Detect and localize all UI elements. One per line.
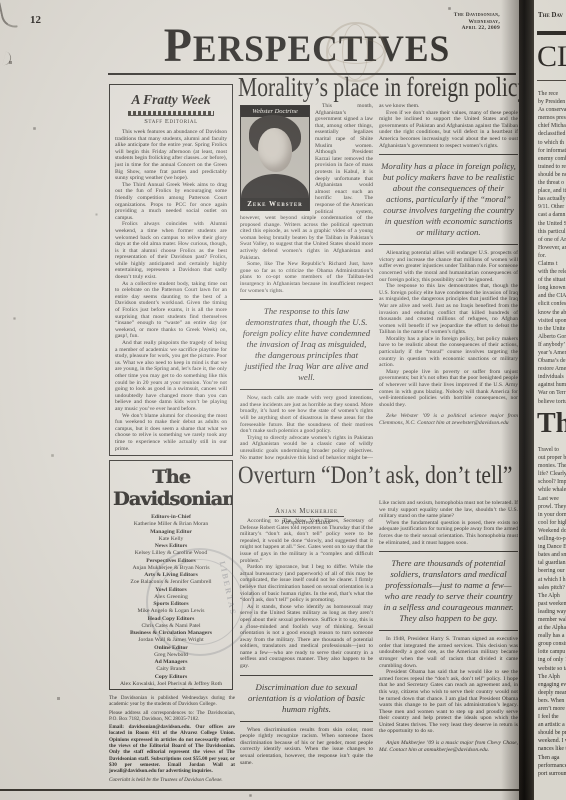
adjacent-text-line: restore Ame: [538, 365, 566, 373]
adjacent-text-line: school? Imp: [538, 478, 566, 486]
editorial-kicker: Staff Editorial: [115, 118, 227, 125]
adjacent-text-line: Obama’s de: [538, 357, 566, 365]
adjacent-text-line: an artistic a: [538, 721, 566, 729]
adjacent-text-line: memos pres: [538, 114, 566, 122]
adjacent-text-line: I feel the: [538, 713, 566, 721]
editors-list-line: Caity Brandt: [114, 666, 228, 673]
adjacent-text-line: If anybody’: [538, 341, 566, 349]
adjacent-column-fragment-1: The receby PresidenAs conservamemos pres…: [538, 90, 566, 404]
adjacent-column-fragment-2: Travel toout proper bmonies. Thelife? Cl…: [538, 446, 566, 786]
adjacent-text-line: long known: [538, 284, 566, 292]
article-paragraph: Some, like The New Republic’s Richard Ju…: [240, 261, 373, 294]
overturn-column-1: According to The New York Times, Secreta…: [240, 518, 373, 776]
article-paragraph: According to The New York Times, Secreta…: [240, 518, 373, 564]
adjacent-text-line: trained to re: [538, 163, 566, 171]
overturn-pull-quote-left: Discrimination due to sexual orientation…: [240, 675, 373, 722]
editors-list-line: Managing Editor: [114, 529, 228, 536]
adjacent-text-line: really has a: [538, 632, 566, 640]
article-paragraph: Many people live in poverty or suffer fr…: [379, 369, 518, 409]
editors-list-line: Photography Staff: [114, 688, 228, 690]
adjacent-text-line: bers. When: [538, 697, 566, 705]
adjacent-text-line: engaging eve: [538, 681, 566, 689]
adjacent-text-line: The Alph: [538, 592, 566, 600]
adjacent-text-line: group consis: [538, 640, 566, 648]
editorial-paragraph: As a collective student body, taking tim…: [115, 281, 227, 340]
article-paragraph: Alienating potential allies will endange…: [379, 250, 518, 283]
adjacent-text-line: chief Micha: [538, 122, 566, 130]
editors-list-line: Perspectives Editors: [114, 558, 228, 565]
adjacent-text-line: Alberto Gon: [538, 333, 566, 341]
adjacent-text-line: for informat: [538, 147, 566, 155]
adjacent-text-line: and the CIA: [538, 292, 566, 300]
adjacent-text-line: aren’t more i: [538, 705, 566, 713]
fine-print-line: The Davidsonian is published Wednesdays …: [109, 695, 235, 708]
editors-list-line: Copy Editors: [114, 674, 228, 681]
morality-pull-quote-left: The response to this law demonstrates th…: [240, 299, 373, 390]
staff-editorial-box: A Fratty Week Staff Editorial This week …: [109, 84, 233, 456]
adjacent-text-line: place, and it: [538, 187, 566, 195]
editorial-paragraph: And that really pinpoints the tragedy of…: [115, 340, 227, 413]
editors-list-line: Mike Angelo & Logan Lewis: [114, 608, 228, 615]
editors-list-line: Sports Editors: [114, 601, 228, 608]
scribble-mark: [128, 111, 214, 116]
morality-col1-text-after: Now, such calls are made with very good …: [240, 395, 373, 460]
adjacent-text-line: out proper b: [538, 454, 566, 462]
page-gutter: [519, 0, 534, 800]
newspaper-page-scan: 12 The Davidsonian, Wednesday, April 22,…: [0, 0, 566, 800]
scan-specks: [0, 0, 1, 1]
morality-col2-text-after: Alienating potential allies will endange…: [379, 250, 518, 408]
adjacent-text-line: of one of Am: [538, 236, 566, 244]
editors-list-line: Alex Greening: [114, 594, 228, 601]
bottom-page-rule: [0, 789, 566, 791]
pen-mark: [2, 51, 12, 66]
fine-print-line: Email: davidsonian@davidson.edu. Our off…: [109, 724, 235, 774]
editors-list-line: Editors-in-Chief: [114, 514, 228, 521]
editorial-paragraph: The Third Annual Greek Week aims to drag…: [115, 182, 227, 222]
adjacent-text-line: As conserva: [538, 106, 566, 114]
adjacent-text-line: to which th: [538, 139, 566, 147]
editors-list-line: Jordan Wall & James Wright: [114, 637, 228, 644]
article-paragraph: When the fundamental question is posed, …: [379, 520, 518, 546]
adjacent-text-line: deeply mean: [538, 689, 566, 697]
article-paragraph: In 1948, President Harry S. Truman signe…: [379, 636, 518, 669]
adjacent-headline-fragment-1: CLA: [537, 40, 566, 74]
article-paragraph: Even if we don’t share their values, man…: [379, 110, 518, 150]
adjacent-text-line: of the situat: [538, 276, 566, 284]
adjacent-text-line: this particul: [538, 228, 566, 236]
article-paragraph: As it stands, those who identify as homo…: [240, 604, 373, 670]
adjacent-text-line: 9/11. Other: [538, 203, 566, 211]
adjacent-text-line: cool for high: [538, 519, 566, 527]
article-paragraph: Now, such calls are made with very good …: [240, 395, 373, 435]
editorial-body: This week features an abundance of David…: [115, 129, 227, 452]
adjacent-text-line: visited upon: [538, 317, 566, 325]
adjacent-text-line: by Presiden: [538, 98, 566, 106]
editors-list-line: Business & Circulation Managers: [114, 630, 228, 637]
adjacent-text-line: Travel to: [538, 446, 566, 454]
adjacent-text-line: beering our p: [538, 567, 566, 575]
adjacent-text-line: port surroun: [538, 770, 566, 778]
adjacent-text-line: the threat o: [538, 179, 566, 187]
gutter-shadow: [501, 0, 519, 800]
adjacent-text-line: individuals: [538, 373, 566, 381]
editors-list-line: Kelsey Lilley & Caroline Wood: [114, 550, 228, 557]
editors-list: Editors-in-ChiefKatherine Miller & Brian…: [114, 514, 228, 690]
adjacent-text-line: declassified: [538, 130, 566, 138]
adjacent-text-line: believe tortu: [538, 398, 566, 404]
photo-face-shape: [258, 128, 292, 172]
editorial-paragraph: This week features an abundance of David…: [115, 129, 227, 182]
adjacent-text-line: lotte campu: [538, 648, 566, 656]
pen-mark: [0, 0, 18, 30]
adjacent-text-line: leading way.: [538, 608, 566, 616]
morality-column-2: as we know them.Even if we don’t share t…: [379, 103, 518, 460]
adjacent-text-line: Last wee: [538, 495, 566, 503]
morality-col2-text: as we know them.Even if we don’t share t…: [379, 103, 518, 149]
overturn-headline: Overturn “Don’t ask, don’t tell”: [238, 462, 512, 490]
adjacent-text-line: elicit confes: [538, 300, 566, 308]
article-paragraph: as we know them.: [379, 103, 518, 110]
adjacent-text-line: The Alph: [538, 673, 566, 681]
byline-author: Anjan Mukherjee: [269, 508, 344, 517]
adjacent-text-line: at which I h: [538, 576, 566, 584]
overturn-col1-text: According to The New York Times, Secreta…: [240, 518, 373, 670]
adjacent-text-line: performance: [538, 762, 566, 770]
editorial-paragraph: Frolics always coincides with Alumni wee…: [115, 221, 227, 280]
morality-signoff: Zeke Webster ’09 is a political science …: [379, 413, 518, 426]
morality-pull-quote-right: Morality has a place in foreign policy, …: [379, 154, 518, 245]
adjacent-headline-fragment-2: The: [537, 408, 566, 440]
editors-list-line: Anjan Mukherjee & Bryan Norris: [114, 565, 228, 572]
page-number: 12: [30, 14, 41, 26]
adjacent-page-rule: [537, 31, 566, 35]
adjacent-text-line: has actually: [538, 195, 566, 203]
adjacent-text-line: bates and sm: [538, 551, 566, 559]
article-paragraph: Trying to directly advocate women’s righ…: [240, 435, 373, 460]
adjacent-text-line: member wal: [538, 616, 566, 624]
editors-list-line: Chris Cates & Nami Patel: [114, 623, 228, 630]
overturn-col2-text-after: In 1948, President Harry S. Truman signe…: [379, 636, 518, 735]
adjacent-text-line: should be pr: [538, 729, 566, 737]
article-paragraph: Like racism and sexism, homophobia must …: [379, 500, 518, 520]
adjacent-page-header: The Dav: [538, 12, 563, 19]
adjacent-text-line: However, an: [538, 244, 566, 252]
adjacent-text-line: for.: [538, 252, 566, 260]
adjacent-text-line: cast a damn: [538, 211, 566, 219]
adjacent-text-line: enemy comb: [538, 155, 566, 163]
adjacent-text-line: should be no: [538, 171, 566, 179]
overturn-column-2: Like racism and sexism, homophobia must …: [379, 500, 518, 783]
adjacent-text-line: in your dorm: [538, 511, 566, 519]
adjacent-text-line: at the Alpha: [538, 624, 566, 632]
article-paragraph: When discrimination results from skin co…: [240, 727, 373, 767]
adjacent-text-line: The rece: [538, 90, 566, 98]
adjacent-text-line: sales pitch?: [538, 584, 566, 592]
adjacent-text-line: weekend. I w: [538, 737, 566, 745]
adjacent-text-line: to the Unite: [538, 325, 566, 333]
overturn-col1-text-after: When discrimination results from skin co…: [240, 727, 373, 767]
adjacent-text-line: life? Clearly: [538, 470, 566, 478]
adjacent-text-line: the United S: [538, 220, 566, 228]
fine-print-line: Please address all correspondences to: T…: [109, 710, 235, 723]
adjacent-text-line: monies. The: [538, 462, 566, 470]
section-masthead: Perspectives: [112, 18, 502, 73]
article-paragraph: Pardon my ignorance, but I beg to differ…: [240, 564, 373, 604]
adjacent-text-line: War on Terr: [538, 389, 566, 397]
adjacent-text-line: against hum: [538, 381, 566, 389]
adjacent-text-line: ing of only 1: [538, 656, 566, 664]
adjacent-text-line: prowl. They: [538, 503, 566, 511]
adjacent-text-line: year’s Amer: [538, 349, 566, 357]
adjacent-text-line: ing Dance E: [538, 543, 566, 551]
adjacent-text-line: Weekend do: [538, 527, 566, 535]
fine-print-line: Copyright is held by the Trustees of Dav…: [109, 777, 235, 781]
article-paragraph: Morality has a place in foreign policy, …: [379, 336, 518, 369]
adjacent-text-line: know the ab: [538, 309, 566, 317]
adjacent-text-line: past weekend: [538, 600, 566, 608]
editors-list-line: Katherine Miller & Brian Moran: [114, 521, 228, 528]
adjacent-text-line: tal guardian.: [538, 559, 566, 567]
adjacent-text-line: willing-to-pa: [538, 535, 566, 543]
morality-column-1: Webster Doctrine Zeke Webster This month…: [240, 103, 373, 460]
overturn-signoff: Anjan Mukherjee ’09 is a music major fro…: [379, 740, 518, 753]
editors-list-line: News Editors: [114, 543, 228, 550]
adjacent-text-line: Claims t: [538, 260, 566, 268]
davidsonian-masthead-box: The Davidsonian Editors-in-ChiefKatherin…: [109, 460, 233, 690]
editorial-paragraph: We don’t blame alumni for choosing the m…: [115, 413, 227, 453]
editors-list-line: Online Editor: [114, 645, 228, 652]
adjacent-text-line: Then aga: [538, 754, 566, 762]
photo-shirt-shape: [241, 174, 309, 200]
adjacent-text-line: while whale: [538, 486, 566, 494]
editors-list-line: Yowl Editors: [114, 587, 228, 594]
editors-list-line: Head Copy Editors: [114, 616, 228, 623]
article-paragraph: The response to this law demonstrates th…: [379, 283, 518, 336]
editors-list-line: Kate Kelly: [114, 536, 228, 543]
editors-list-line: Ad Managers: [114, 659, 228, 666]
columnist-photo: Webster Doctrine Zeke Webster: [240, 105, 310, 211]
editorial-title: A Fratty Week: [115, 92, 227, 108]
editors-list-line: Zoe Balaconis & Jennifer Gambrell: [114, 579, 228, 586]
overturn-col2-text: Like racism and sexism, homophobia must …: [379, 500, 518, 546]
overturn-pull-quote-right: There are thousands of potential soldier…: [379, 551, 518, 631]
adjacent-text-line: website so ta: [538, 665, 566, 673]
morality-headline: Morality’s place in foreign policy: [238, 72, 528, 103]
publication-fine-print: The Davidsonian is published Wednesdays …: [109, 695, 235, 781]
editors-list-line: Alex Kowalski, Joel Pherival & Jeffrey R…: [114, 681, 228, 688]
adjacent-thin-rule: [537, 80, 566, 81]
adjacent-text-line: with the rele: [538, 268, 566, 276]
photo-caption: Zeke Webster: [241, 198, 309, 210]
article-paragraph: President Obama has said that he would l…: [379, 669, 518, 735]
davidsonian-masthead-title: The Davidsonian: [113, 466, 229, 510]
adjacent-text-line: nances like t: [538, 745, 566, 753]
editors-list-line: Greg Newbold: [114, 652, 228, 659]
